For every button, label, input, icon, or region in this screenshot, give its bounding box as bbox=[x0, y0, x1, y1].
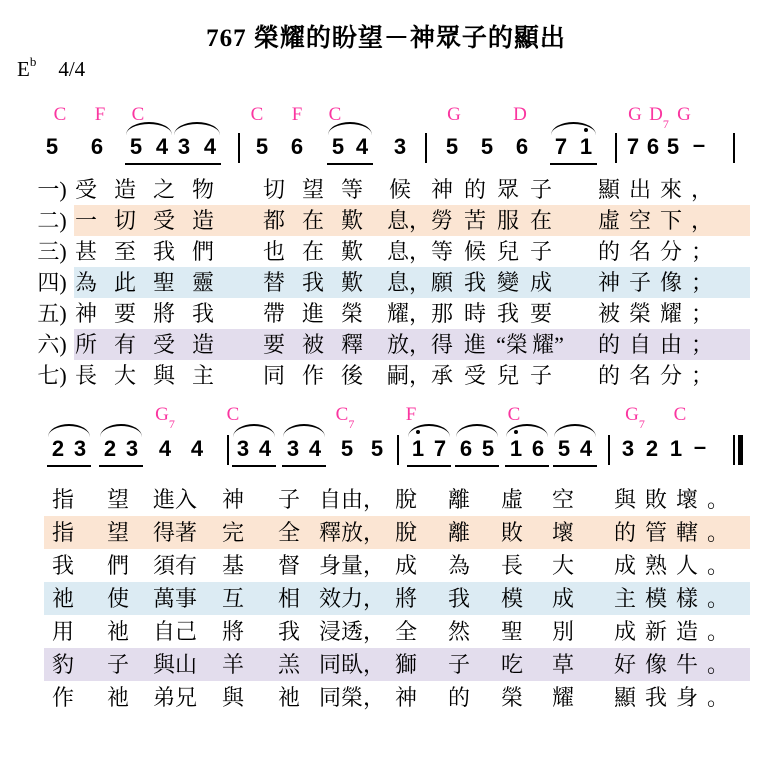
note-digit: 6 bbox=[516, 134, 528, 160]
chord: F bbox=[292, 104, 303, 126]
lyric-cell: 受 bbox=[464, 362, 486, 390]
lyric-cell: 望 bbox=[107, 519, 129, 547]
lyric-cell: 大 bbox=[114, 362, 136, 390]
chord: D bbox=[513, 104, 527, 126]
chord: C bbox=[674, 404, 687, 426]
lyric-cell: 全 bbox=[395, 618, 417, 646]
lyric-cell: 們 bbox=[192, 238, 214, 266]
lyric-cell: 我 bbox=[497, 300, 519, 328]
eighth-underline bbox=[505, 465, 549, 467]
lyric-cell: 成 bbox=[395, 552, 417, 580]
lyric-cell: 相 bbox=[278, 585, 300, 613]
note-digit: 5 bbox=[446, 134, 458, 160]
lyric-cell: 帶 bbox=[263, 300, 285, 328]
lyric-cell: 脫 bbox=[395, 486, 417, 514]
lyric-cell: 與山 bbox=[153, 651, 197, 679]
lyric-end-group: 神子像； bbox=[598, 269, 722, 297]
lyric-cell: 祂 bbox=[107, 684, 129, 712]
held-beat-dash: – bbox=[694, 434, 706, 460]
note-digit: 5 bbox=[332, 134, 344, 160]
lyric-cell: 指 bbox=[52, 519, 74, 547]
note-digit: 1 bbox=[670, 436, 682, 462]
note-digit: 6 bbox=[91, 134, 103, 160]
lyric-cell: 完 bbox=[222, 519, 244, 547]
note-digit: 3 bbox=[178, 134, 190, 160]
chord: C bbox=[508, 404, 521, 426]
lyric-cell: 長 bbox=[501, 552, 523, 580]
lyric-cell: 進 bbox=[464, 331, 486, 359]
note-digit: 3 bbox=[394, 134, 406, 160]
eighth-underline bbox=[327, 163, 373, 165]
eighth-underline bbox=[282, 465, 326, 467]
lyric-cell: 我 bbox=[52, 552, 74, 580]
lyric-cell: 服 bbox=[497, 207, 519, 235]
lyric-cell: 要 bbox=[114, 300, 136, 328]
eighth-underline bbox=[407, 465, 451, 467]
lyric-end-group: 與敗壞。 bbox=[614, 486, 738, 514]
lyric-cell: 子 bbox=[530, 176, 552, 204]
lyric-end-group: 的名分； bbox=[598, 362, 722, 390]
eighth-underline bbox=[125, 163, 173, 165]
note-digit: 6 bbox=[460, 436, 472, 462]
lyric-cell: 受 bbox=[153, 331, 175, 359]
lyric-cell: 然 bbox=[448, 618, 470, 646]
lyric-cell: 在 bbox=[302, 207, 324, 235]
note-digit: 3 bbox=[126, 436, 138, 462]
lyric-cell: 作 bbox=[302, 362, 324, 390]
lyric-cell: 祂 bbox=[52, 585, 74, 613]
lyric-cell: 切 bbox=[263, 176, 285, 204]
chord: G bbox=[628, 104, 642, 126]
chord-row-1: CFCCFCGDGD7G bbox=[0, 104, 772, 126]
lyric-cell: 眾 bbox=[497, 176, 519, 204]
slur-arc bbox=[174, 122, 220, 135]
lyric-row: 用祂自己將我浸透，全然聖別成新造。 bbox=[0, 615, 772, 648]
hymn-sheet: 767 榮耀的盼望－神眾子的顯出 Eb4/4 CFCCFCGDGD7G 5654… bbox=[0, 0, 772, 779]
lyric-cell: 息， bbox=[387, 269, 431, 297]
barline bbox=[733, 133, 735, 163]
lyric-row: 五)神要將我帶進榮耀，那時我要被榮耀； bbox=[0, 298, 772, 329]
lyric-cell: 獅 bbox=[395, 651, 417, 679]
note-digit: 7 bbox=[627, 134, 639, 160]
lyric-cell: 歎 bbox=[341, 238, 363, 266]
lyric-cell: 等 bbox=[341, 176, 363, 204]
lyric-cell: 候 bbox=[389, 176, 411, 204]
hymn-title-text: 榮耀的盼望－神眾子的顯出 bbox=[254, 25, 566, 52]
lyric-cell: 子 bbox=[530, 362, 552, 390]
lyric-row: 我們須有基督身量，成為長大成熟人。 bbox=[0, 549, 772, 582]
lyric-cell: 耀 bbox=[552, 684, 574, 712]
lyric-cell: 息， bbox=[387, 238, 431, 266]
lyric-cell: 同榮， bbox=[319, 684, 385, 712]
lyric-cell: 們 bbox=[107, 552, 129, 580]
lyric-cell: 浸透， bbox=[319, 618, 385, 646]
lyric-cell: 虛 bbox=[501, 486, 523, 514]
chord: G bbox=[447, 104, 461, 126]
lyric-cell: 同 bbox=[263, 362, 285, 390]
slur-arc bbox=[506, 424, 548, 437]
chord: G bbox=[677, 104, 691, 126]
lyric-cell: 神 bbox=[431, 176, 453, 204]
slur-arc bbox=[551, 122, 596, 135]
lyric-cell: 我 bbox=[153, 238, 175, 266]
lyric-cell: 所 bbox=[75, 331, 97, 359]
verse-number: 三) bbox=[37, 238, 66, 266]
lyric-cell: 將 bbox=[153, 300, 175, 328]
lyric-cell: 願 bbox=[431, 269, 453, 297]
lyric-cell: 羔 bbox=[278, 651, 300, 679]
lyric-cell: 子 bbox=[278, 486, 300, 514]
lyric-cell: 將 bbox=[222, 618, 244, 646]
note-digit: 3 bbox=[74, 436, 86, 462]
final-barline-thick bbox=[738, 435, 743, 465]
note-digit: 5 bbox=[482, 436, 494, 462]
note-digit: 5 bbox=[341, 436, 353, 462]
lyric-cell: 神 bbox=[222, 486, 244, 514]
lyric-cell: 成 bbox=[530, 269, 552, 297]
lyric-cell: 聖 bbox=[501, 618, 523, 646]
slur-arc bbox=[456, 424, 498, 437]
lyric-cell: 得著 bbox=[153, 519, 197, 547]
lyric-row: 四)為此聖靈替我歎息，願我變成神子像； bbox=[0, 267, 772, 298]
lyric-cell: 放， bbox=[387, 331, 431, 359]
lyric-cell: 使 bbox=[107, 585, 129, 613]
slur-arc bbox=[48, 424, 90, 437]
lyric-cell: 須有 bbox=[153, 552, 197, 580]
note-digit: 4 bbox=[259, 436, 271, 462]
lyric-row: 豹子與山羊羔同臥，獅子吃草好像牛。 bbox=[0, 648, 772, 681]
note-digit: 6 bbox=[291, 134, 303, 160]
lyric-cell: 自由， bbox=[319, 486, 385, 514]
slur-arc bbox=[408, 424, 450, 437]
note-digit: 4 bbox=[204, 134, 216, 160]
lyric-cell: 進入 bbox=[153, 486, 197, 514]
lyric-cell: 兒 bbox=[497, 362, 519, 390]
verse-number: 六) bbox=[37, 331, 66, 359]
note-digit: 2 bbox=[646, 436, 658, 462]
lyric-cell: 此 bbox=[114, 269, 136, 297]
lyric-end-group: 好像牛。 bbox=[614, 651, 738, 679]
lyric-cell: 候 bbox=[464, 238, 486, 266]
lyric-cell: 祂 bbox=[278, 684, 300, 712]
lyric-cell: 造 bbox=[114, 176, 136, 204]
lyric-cell: 苦 bbox=[464, 207, 486, 235]
note-digit: 3 bbox=[237, 436, 249, 462]
eighth-underline bbox=[553, 465, 597, 467]
lyric-cell: 子 bbox=[530, 238, 552, 266]
barline bbox=[397, 435, 399, 465]
lyric-cell: 嗣， bbox=[387, 362, 431, 390]
lyric-row: 三)甚至我們也在歎息，等候兒子的名分； bbox=[0, 236, 772, 267]
chord-row-2: G7CC7FCG7C bbox=[0, 404, 772, 426]
lyric-cell: 互 bbox=[222, 585, 244, 613]
lyric-cell: 我 bbox=[464, 269, 486, 297]
lyric-cell: 模 bbox=[501, 585, 523, 613]
lyric-cell: 甚 bbox=[75, 238, 97, 266]
note-digit: 1 bbox=[580, 134, 592, 160]
lyric-cell: 成 bbox=[552, 585, 574, 613]
lyric-cell: 別 bbox=[552, 618, 574, 646]
lyric-cell: 釋 bbox=[341, 331, 363, 359]
verse-number: 二) bbox=[37, 207, 66, 235]
note-digit: 4 bbox=[156, 134, 168, 160]
lyric-cell: 子 bbox=[448, 651, 470, 679]
lyric-cell: 物 bbox=[192, 176, 214, 204]
slur-arc bbox=[233, 424, 275, 437]
eighth-underline bbox=[232, 465, 276, 467]
lyric-cell: 子 bbox=[107, 651, 129, 679]
final-barline-thin bbox=[733, 435, 735, 465]
note-digit: 5 bbox=[667, 134, 679, 160]
note-digit: 2 bbox=[52, 436, 64, 462]
slur-arc bbox=[126, 122, 172, 135]
note-digit: 6 bbox=[532, 436, 544, 462]
lyric-cell: 時 bbox=[464, 300, 486, 328]
lyric-cell: 效力， bbox=[319, 585, 385, 613]
note-digit: 5 bbox=[256, 134, 268, 160]
lyric-end-group: 被榮耀； bbox=[598, 300, 722, 328]
note-digit: 5 bbox=[481, 134, 493, 160]
verse-number: 一) bbox=[37, 176, 66, 204]
lyric-cell: 離 bbox=[448, 519, 470, 547]
lyric-cell: 受 bbox=[153, 207, 175, 235]
lyric-cell: 神 bbox=[395, 684, 417, 712]
lyric-cell: 祂 bbox=[107, 618, 129, 646]
lyric-cell: 我 bbox=[302, 269, 324, 297]
lyric-cell: 主 bbox=[192, 362, 214, 390]
lyric-cell: 切 bbox=[114, 207, 136, 235]
lyric-cell: 與 bbox=[222, 684, 244, 712]
note-digit: 5 bbox=[130, 134, 142, 160]
lyric-cell: 那 bbox=[431, 300, 453, 328]
lyric-row: 祂使萬事互相效力，將我模成主模樣。 bbox=[0, 582, 772, 615]
lyric-end-group: 成熟人。 bbox=[614, 552, 738, 580]
lyric-row: 一)受造之物切望等候神的眾子顯出來， bbox=[0, 174, 772, 205]
hymn-number: 767 bbox=[206, 25, 247, 52]
lyric-cell: 也 bbox=[263, 238, 285, 266]
note-digit: 5 bbox=[371, 436, 383, 462]
barline bbox=[425, 133, 427, 163]
lyric-cell: 造 bbox=[192, 331, 214, 359]
lyric-cell: “榮 bbox=[496, 331, 528, 359]
lyric-cell: 望 bbox=[302, 176, 324, 204]
lyric-cell: 脫 bbox=[395, 519, 417, 547]
lyric-cell: 草 bbox=[552, 651, 574, 679]
lyric-cell: 靈 bbox=[192, 269, 214, 297]
lyric-cell: 聖 bbox=[153, 269, 175, 297]
eighth-underline bbox=[550, 163, 597, 165]
lyric-cell: 我 bbox=[278, 618, 300, 646]
lyric-cell: 兒 bbox=[497, 238, 519, 266]
lyric-cell: 全 bbox=[278, 519, 300, 547]
note-digit: 4 bbox=[580, 436, 592, 462]
chord: C bbox=[54, 104, 67, 126]
note-digit: 4 bbox=[191, 436, 203, 462]
barline bbox=[608, 435, 610, 465]
lyric-cell: 造 bbox=[192, 207, 214, 235]
lyric-cell: 要 bbox=[263, 331, 285, 359]
note-digit: 3 bbox=[622, 436, 634, 462]
chord: C bbox=[251, 104, 264, 126]
lyric-cell: 榮 bbox=[501, 684, 523, 712]
lyric-end-group: 的自由； bbox=[598, 331, 722, 359]
lyric-cell: 都 bbox=[263, 207, 285, 235]
barline bbox=[615, 133, 617, 163]
lyric-cell: 至 bbox=[114, 238, 136, 266]
lyric-cell: 得 bbox=[431, 331, 453, 359]
lyric-end-group: 顯出來， bbox=[598, 176, 722, 204]
lyric-cell: 耀” bbox=[532, 331, 564, 359]
note-digit: 7 bbox=[555, 134, 567, 160]
lyric-cell: 被 bbox=[302, 331, 324, 359]
lyric-cell: 息， bbox=[387, 207, 431, 235]
barline bbox=[227, 435, 229, 465]
note-digit: 1 bbox=[412, 436, 424, 462]
lyric-cell: 豹 bbox=[52, 651, 74, 679]
note-digit: 2 bbox=[104, 436, 116, 462]
flat-accidental: b bbox=[30, 54, 37, 69]
lyric-cell: 與 bbox=[153, 362, 175, 390]
lyric-cell: 將 bbox=[395, 585, 417, 613]
lyric-cell: 離 bbox=[448, 486, 470, 514]
lyric-cell: 長 bbox=[75, 362, 97, 390]
lyric-cell: 勞 bbox=[431, 207, 453, 235]
lyric-cell: 榮 bbox=[341, 300, 363, 328]
lyric-cell: 大 bbox=[552, 552, 574, 580]
lyric-cell: 吃 bbox=[501, 651, 523, 679]
lyric-end-group: 主模樣。 bbox=[614, 585, 738, 613]
lyric-cell: 我 bbox=[448, 585, 470, 613]
slur-arc bbox=[283, 424, 325, 437]
lyric-cell: 空 bbox=[552, 486, 574, 514]
lyric-cell: 同臥， bbox=[319, 651, 385, 679]
lyric-cell: 萬事 bbox=[153, 585, 197, 613]
note-digit: 4 bbox=[356, 134, 368, 160]
slur-arc bbox=[100, 424, 142, 437]
lyric-cell: 督 bbox=[278, 552, 300, 580]
lyric-cell: 為 bbox=[75, 269, 97, 297]
notation-row-2: 23234434345517651654321– bbox=[0, 426, 772, 472]
lyric-row: 指望進入神子自由，脫離虛空與敗壞。 bbox=[0, 483, 772, 516]
lyric-cell: 在 bbox=[302, 238, 324, 266]
lyric-cell: 釋放， bbox=[319, 519, 385, 547]
lyric-cell: 指 bbox=[52, 486, 74, 514]
lyric-cell: 變 bbox=[497, 269, 519, 297]
eighth-underline bbox=[455, 465, 499, 467]
verse-number: 五) bbox=[37, 300, 66, 328]
key-note: E bbox=[17, 57, 30, 81]
lyric-cell: 神 bbox=[75, 300, 97, 328]
lyric-cell: 歎 bbox=[341, 269, 363, 297]
lyric-end-group: 顯我身。 bbox=[614, 684, 738, 712]
lyric-cell: 敗 bbox=[501, 519, 523, 547]
lyric-cell: 耀， bbox=[387, 300, 431, 328]
lyric-cell: 受 bbox=[75, 176, 97, 204]
eighth-underline bbox=[173, 163, 221, 165]
lyric-cell: 後 bbox=[341, 362, 363, 390]
lyric-cell: 要 bbox=[530, 300, 552, 328]
lyric-cell: 壞 bbox=[552, 519, 574, 547]
note-digit: 7 bbox=[434, 436, 446, 462]
lyric-end-group: 的名分； bbox=[598, 238, 722, 266]
lyric-cell: 等 bbox=[431, 238, 453, 266]
lyric-cell: 歎 bbox=[341, 207, 363, 235]
note-digit: 4 bbox=[159, 436, 171, 462]
lyric-cell: 作 bbox=[52, 684, 74, 712]
lyric-row: 七)長大與主同作後嗣，承受兒子的名分； bbox=[0, 360, 772, 391]
note-digit: 5 bbox=[46, 134, 58, 160]
lyric-cell: 有 bbox=[114, 331, 136, 359]
lyric-row: 二)一切受造都在歎息，勞苦服在虛空下， bbox=[0, 205, 772, 236]
lyric-end-group: 成新造。 bbox=[614, 618, 738, 646]
lyric-end-group: 的管轄。 bbox=[614, 519, 738, 547]
lyric-cell: 進 bbox=[302, 300, 324, 328]
lyric-end-group: 虛空下， bbox=[598, 207, 722, 235]
lyric-cell: 望 bbox=[107, 486, 129, 514]
chord: F bbox=[95, 104, 106, 126]
lyric-cell: 用 bbox=[52, 618, 74, 646]
lyric-cell: 身量， bbox=[319, 552, 385, 580]
barline bbox=[238, 133, 240, 163]
lyric-cell: 承 bbox=[431, 362, 453, 390]
lyric-cell: 自己 bbox=[153, 618, 197, 646]
lyric-cell: 弟兄 bbox=[153, 684, 197, 712]
hymn-title: 767 榮耀的盼望－神眾子的顯出 bbox=[0, 18, 772, 54]
lyric-cell: 為 bbox=[448, 552, 470, 580]
eighth-underline bbox=[99, 465, 143, 467]
note-digit: 6 bbox=[647, 134, 659, 160]
lyric-cell: 的 bbox=[464, 176, 486, 204]
lyric-cell: 基 bbox=[222, 552, 244, 580]
verse-number: 四) bbox=[37, 269, 66, 297]
lyric-cell: 之 bbox=[153, 176, 175, 204]
lyric-cell: 羊 bbox=[222, 651, 244, 679]
lyric-row: 六)所有受造要被釋放，得進“榮耀”的自由； bbox=[0, 329, 772, 360]
lyric-cell: 替 bbox=[263, 269, 285, 297]
lyric-cell: 在 bbox=[530, 207, 552, 235]
slur-arc bbox=[554, 424, 596, 437]
eighth-underline bbox=[47, 465, 91, 467]
note-digit: 3 bbox=[287, 436, 299, 462]
chord: C bbox=[227, 404, 240, 426]
verse-number: 七) bbox=[37, 362, 66, 390]
lyric-cell: 一 bbox=[75, 207, 97, 235]
note-digit: 4 bbox=[309, 436, 321, 462]
note-digit: 1 bbox=[510, 436, 522, 462]
slur-arc bbox=[328, 122, 372, 135]
held-beat-dash: – bbox=[693, 132, 705, 158]
lyric-row: 指望得著完全釋放，脫離敗壞的管轄。 bbox=[0, 516, 772, 549]
key-signature: Eb4/4 bbox=[17, 56, 85, 82]
note-digit: 5 bbox=[558, 436, 570, 462]
time-signature: 4/4 bbox=[58, 57, 85, 81]
notation-row-1: 5654345654355671765– bbox=[0, 124, 772, 170]
lyric-cell: 我 bbox=[192, 300, 214, 328]
chord: F bbox=[406, 404, 417, 426]
lyric-row: 作祂弟兄與祂同榮，神的榮耀顯我身。 bbox=[0, 681, 772, 714]
lyric-cell: 的 bbox=[448, 684, 470, 712]
